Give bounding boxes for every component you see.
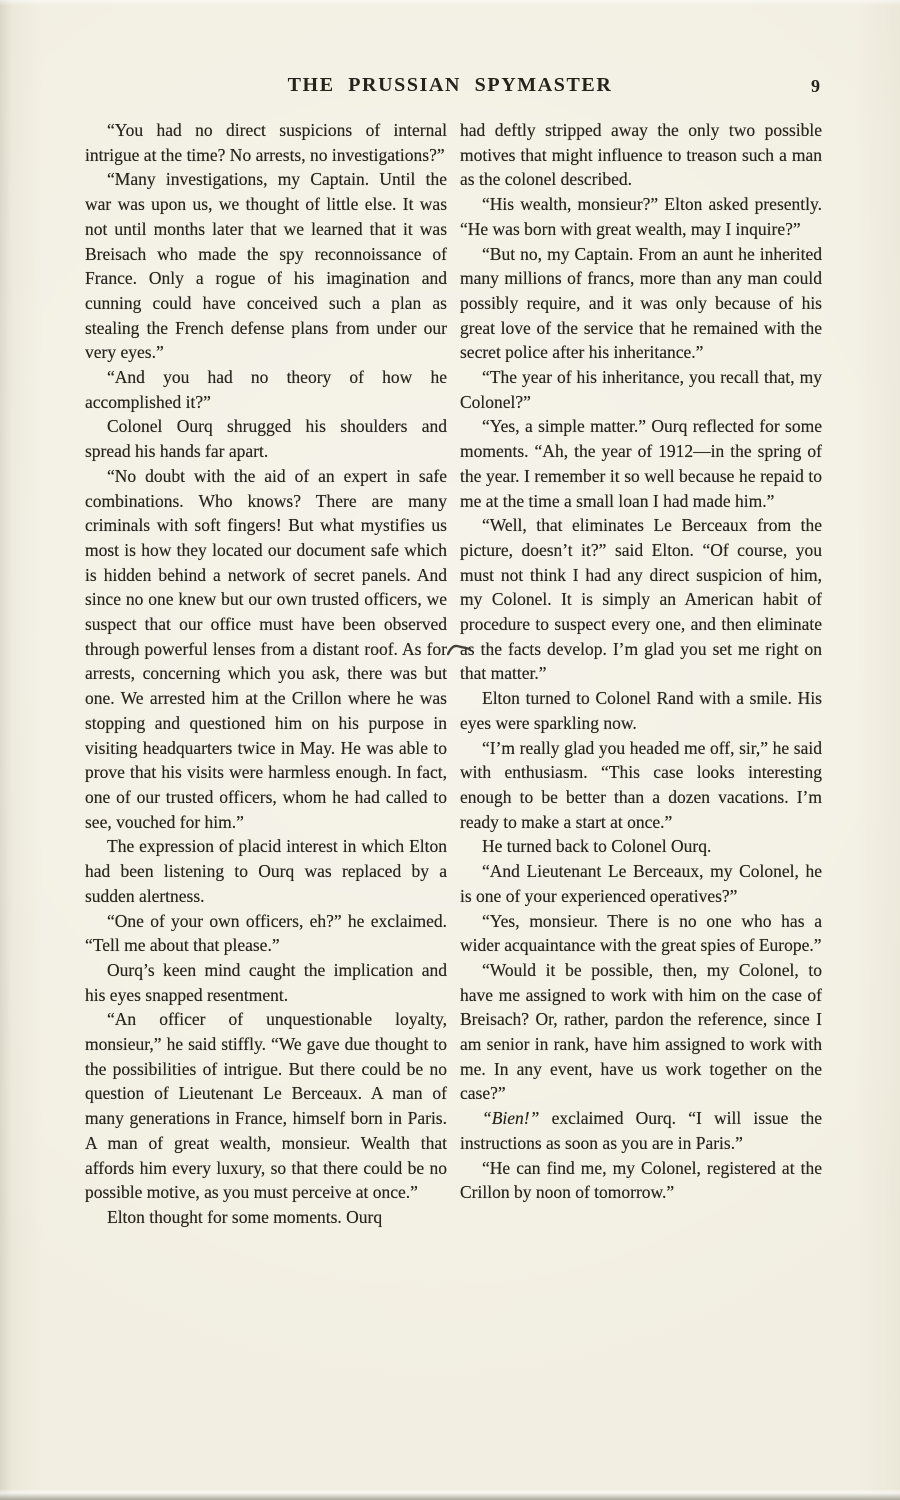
running-header-title: THE PRUSSIAN SPYMASTER <box>0 74 900 97</box>
paragraph: “No doubt with the aid of an expert in s… <box>85 464 447 835</box>
right-column: had deftly stripped away the only two po… <box>460 118 822 1230</box>
paragraph: Ourq’s keen mind caught the implication … <box>85 958 447 1007</box>
paragraph: “Would it be possible, then, my Colonel,… <box>460 958 822 1106</box>
paragraph: He turned back to Colonel Ourq. <box>460 834 822 859</box>
paragraph: “His wealth, monsieur?” Elton asked pres… <box>460 192 822 241</box>
paragraph: “And Lieutenant Le Berceaux, my Colonel,… <box>460 859 822 908</box>
left-column: “You had no direct suspicions of interna… <box>85 118 447 1230</box>
paragraph: “Well, that eliminates Le Berceaux from … <box>460 513 822 686</box>
paragraph: Elton thought for some moments. Ourq <box>85 1205 447 1230</box>
paragraph: “You had no direct suspicions of interna… <box>85 118 447 167</box>
paragraph: Colonel Ourq shrugged his shoulders and … <box>85 414 447 463</box>
scan-edge-bottom <box>0 1489 900 1500</box>
paragraph: “I’m really glad you headed me off, sir,… <box>460 736 822 835</box>
book-page-scan: THE PRUSSIAN SPYMASTER 9 “You had no dir… <box>0 0 900 1500</box>
scan-edge-top <box>0 0 900 6</box>
paragraph: “Many investigations, my Captain. Until … <box>85 167 447 365</box>
paragraph: “The year of his inheritance, you recall… <box>460 365 822 414</box>
paragraph: “One of your own officers, eh?” he excla… <box>85 909 447 958</box>
paragraph: had deftly stripped away the only two po… <box>460 118 822 192</box>
text-columns: “You had no direct suspicions of interna… <box>85 118 822 1230</box>
paragraph: “Bien!” exclaimed Ourq. “I will issue th… <box>460 1106 822 1155</box>
paragraph: “Yes, monsieur. There is no one who has … <box>460 909 822 958</box>
paragraph: Elton turned to Colonel Rand with a smil… <box>460 686 822 735</box>
paragraph: “But no, my Captain. From an aunt he inh… <box>460 242 822 366</box>
paragraph: “An officer of unquestionable loyalty, m… <box>85 1007 447 1205</box>
paragraph: “And you had no theory of how he accompl… <box>85 365 447 414</box>
pen-mark-artifact <box>447 643 473 657</box>
paragraph: “He can find me, my Colonel, registered … <box>460 1156 822 1205</box>
page-number: 9 <box>811 76 820 97</box>
italic-word: “Bien!” <box>482 1108 539 1128</box>
paragraph: “Yes, a simple matter.” Ourq reflected f… <box>460 414 822 513</box>
paragraph: The expression of placid interest in whi… <box>85 834 447 908</box>
